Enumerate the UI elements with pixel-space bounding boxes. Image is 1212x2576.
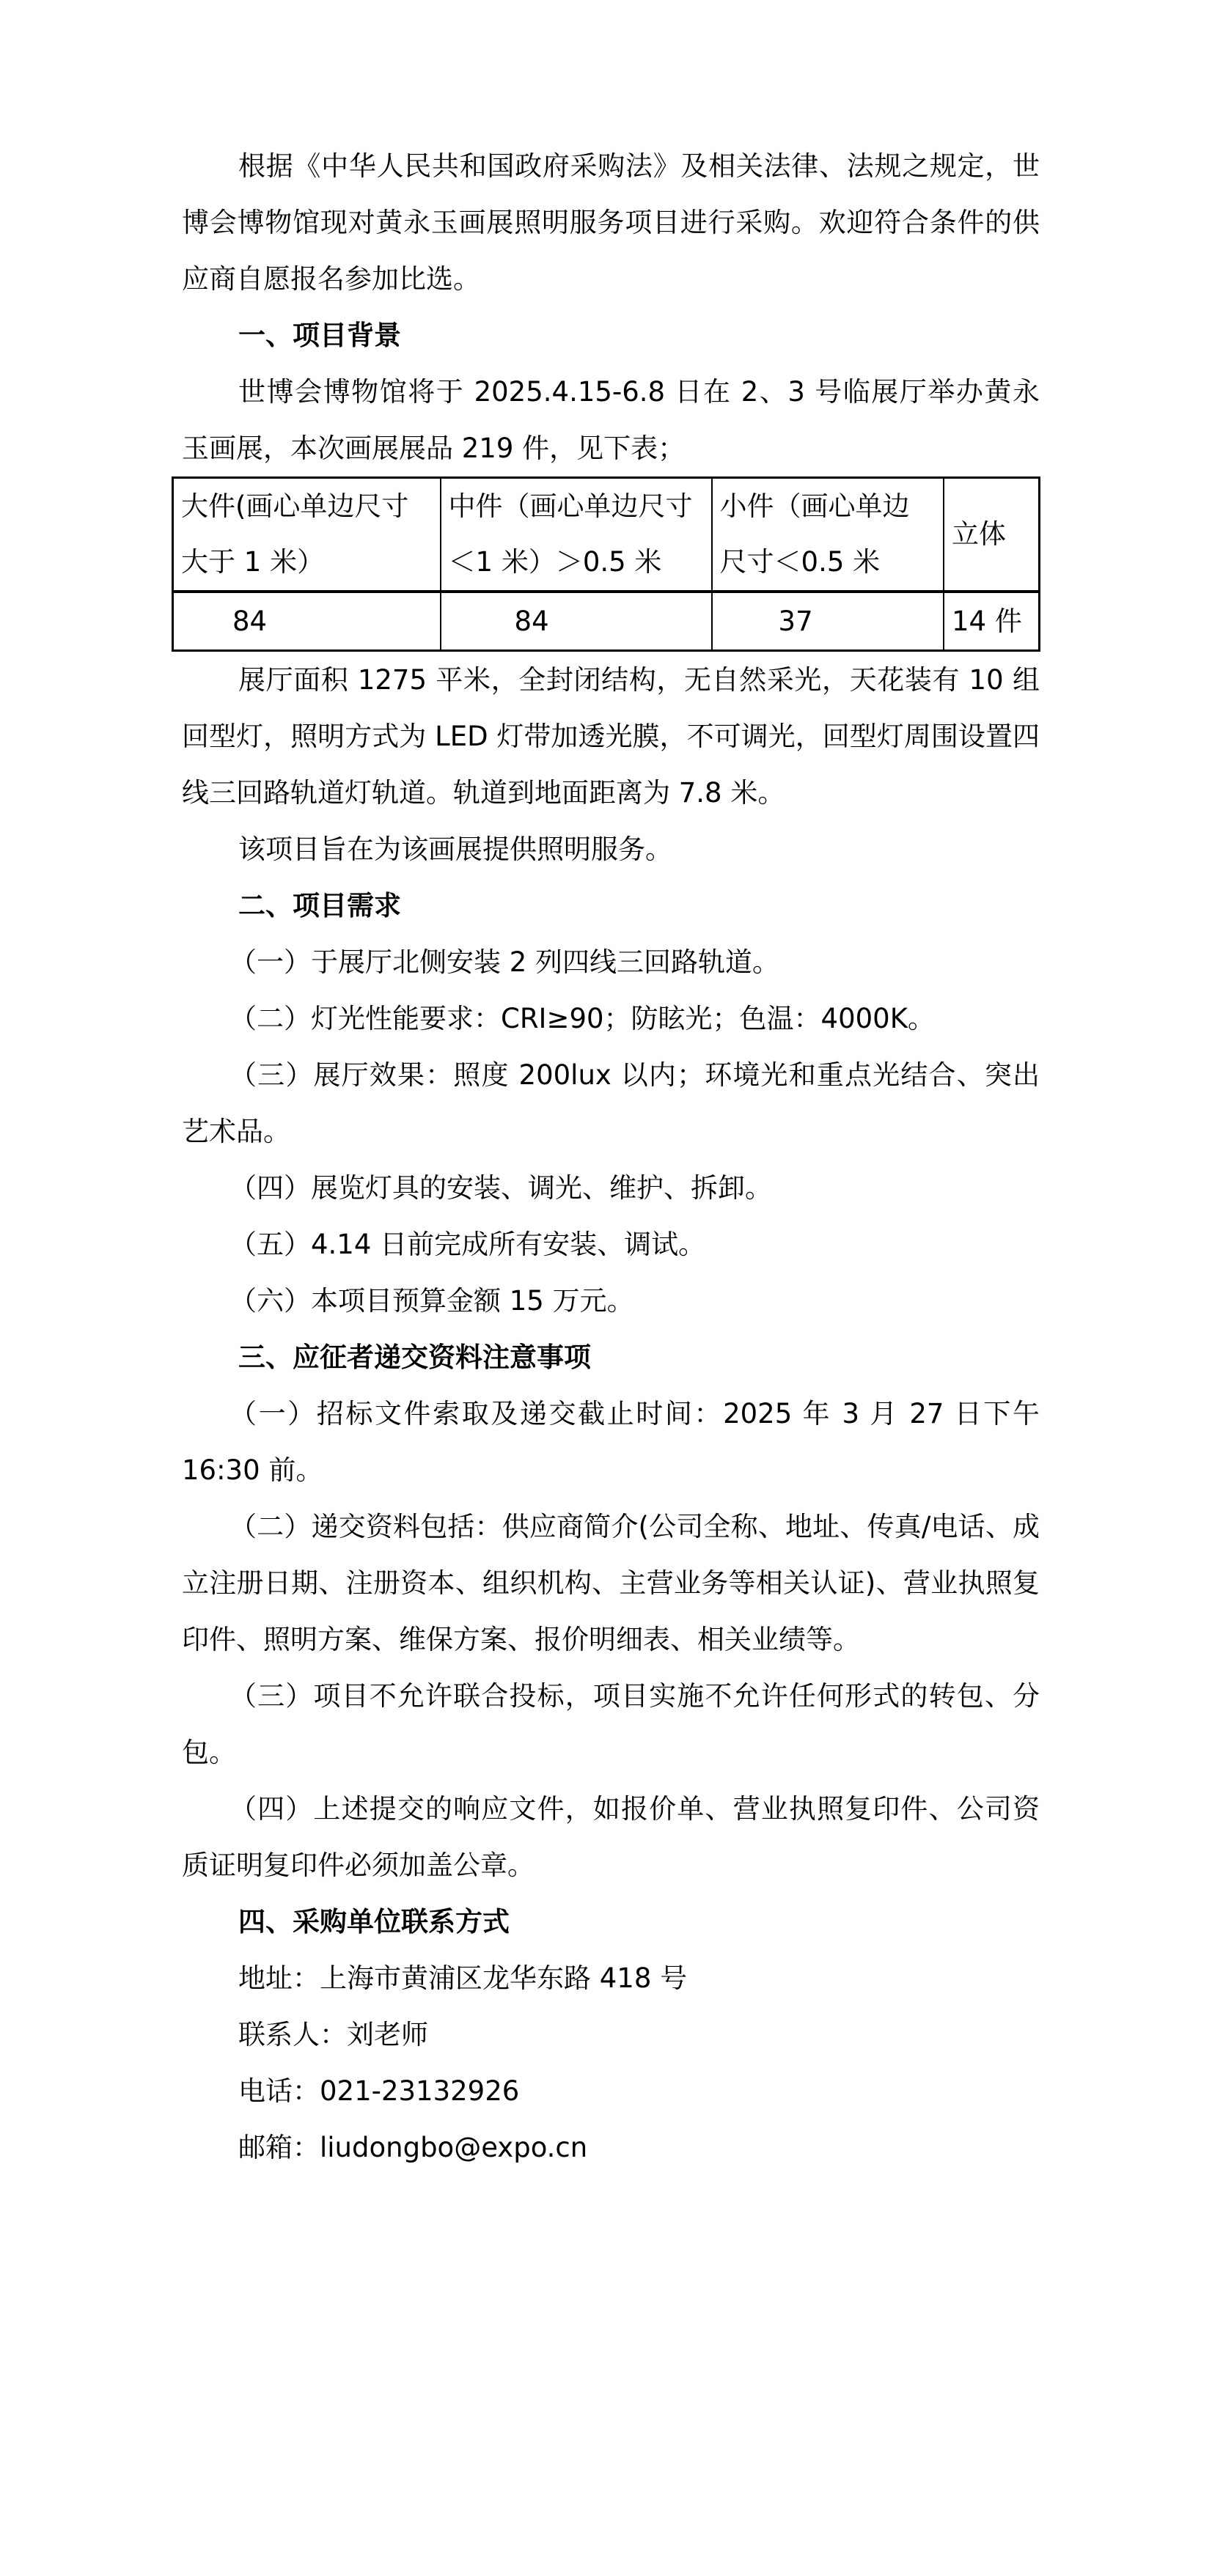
list-item: （六）本项目预算金额 15 万元。: [182, 1273, 1040, 1329]
exhibit-count-table: 大件(画心单边尺寸大于 1 米） 中件（画心单边尺寸＜1 米）＞0.5 米 小件…: [172, 476, 1040, 652]
list-item: （二）递交资料包括：供应商简介(公司全称、地址、传真/电话、成立注册日期、注册资…: [182, 1498, 1040, 1668]
list-item: （三）项目不允许联合投标，项目实施不允许任何形式的转包、分包。: [182, 1668, 1040, 1781]
section-submission-notes: 三、应征者递交资料注意事项 （一）招标文件索取及递交截止时间：2025 年 3 …: [182, 1329, 1040, 1894]
list-item: （五）4.14 日前完成所有安装、调试。: [182, 1216, 1040, 1273]
contact-person-line: 联系人：刘老师: [182, 2006, 1040, 2063]
email-line[interactable]: 邮箱：liudongbo@expo.cn: [182, 2119, 1040, 2176]
list-item: （二）灯光性能要求：CRI≥90；防眩光；色温：4000K。: [182, 990, 1040, 1047]
section-heading: 一、项目背景: [182, 307, 1040, 364]
background-paragraph: 世博会博物馆将于 2025.4.15-6.8 日在 2、3 号临展厅举办黄永玉画…: [182, 364, 1040, 476]
list-item: （四）上述提交的响应文件，如报价单、营业执照复印件、公司资质证明复印件必须加盖公…: [182, 1781, 1040, 1894]
list-item: （一）于展厅北侧安装 2 列四线三回路轨道。: [182, 934, 1040, 990]
intro-paragraph: 根据《中华人民共和国政府采购法》及相关法律、法规之规定，世博会博物馆现对黄永玉画…: [182, 138, 1040, 307]
purpose-paragraph: 该项目旨在为该画展提供照明服务。: [182, 821, 1040, 877]
table-row: 84 84 37 14 件: [173, 592, 1040, 651]
section-project-requirements: 二、项目需求 （一）于展厅北侧安装 2 列四线三回路轨道。 （二）灯光性能要求：…: [182, 877, 1040, 1329]
table-cell: 84: [441, 592, 712, 651]
table-cell: 84: [173, 592, 441, 651]
table-cell: 14 件: [944, 592, 1040, 651]
table-header-cell: 小件（画心单边尺寸＜0.5 米: [712, 478, 944, 592]
table-header-cell: 立体: [944, 478, 1040, 592]
table-header-cell: 大件(画心单边尺寸大于 1 米）: [173, 478, 441, 592]
list-item: （一）招标文件索取及递交截止时间：2025 年 3 月 27 日下午 16:30…: [182, 1385, 1040, 1498]
document-page: 根据《中华人民共和国政府采购法》及相关法律、法规之规定，世博会博物馆现对黄永玉画…: [182, 138, 1040, 2176]
phone-line: 电话：021-23132926: [182, 2063, 1040, 2119]
hall-description-paragraph: 展厅面积 1275 平米，全封闭结构，无自然采光，天花装有 10 组回型灯，照明…: [182, 652, 1040, 821]
section-heading: 三、应征者递交资料注意事项: [182, 1329, 1040, 1385]
section-heading: 二、项目需求: [182, 877, 1040, 934]
table-header-cell: 中件（画心单边尺寸＜1 米）＞0.5 米: [441, 478, 712, 592]
table-header-row: 大件(画心单边尺寸大于 1 米） 中件（画心单边尺寸＜1 米）＞0.5 米 小件…: [173, 478, 1040, 592]
section-heading: 四、采购单位联系方式: [182, 1894, 1040, 1950]
section-project-background: 一、项目背景 世博会博物馆将于 2025.4.15-6.8 日在 2、3 号临展…: [182, 307, 1040, 877]
table-cell: 37: [712, 592, 944, 651]
list-item: （四）展览灯具的安装、调光、维护、拆卸。: [182, 1160, 1040, 1216]
address-line: 地址：上海市黄浦区龙华东路 418 号: [182, 1950, 1040, 2006]
section-contact-info: 四、采购单位联系方式 地址：上海市黄浦区龙华东路 418 号 联系人：刘老师 电…: [182, 1894, 1040, 2176]
list-item: （三）展厅效果：照度 200lux 以内；环境光和重点光结合、突出艺术品。: [182, 1047, 1040, 1160]
